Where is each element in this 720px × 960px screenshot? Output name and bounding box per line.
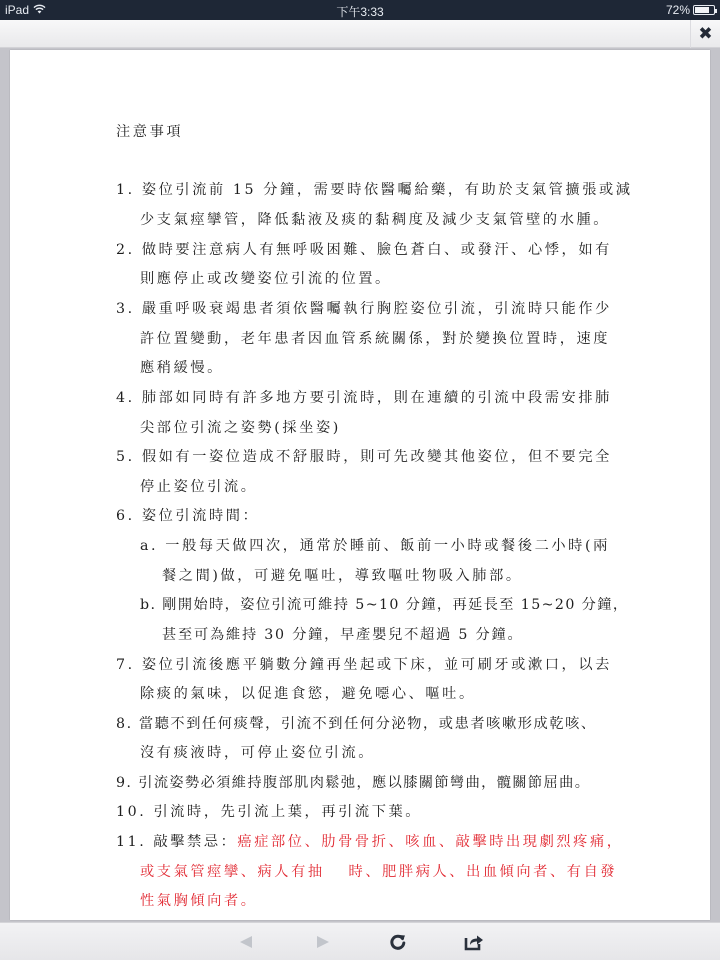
share-button[interactable]: [454, 923, 494, 960]
back-arrow-icon: [238, 934, 254, 950]
top-toolbar: ✖: [0, 20, 720, 48]
doc-line: 則應停止或改變姿位引流的位置。: [140, 269, 392, 289]
doc-line: 9. 引流姿勢必須維持腹部肌肉鬆弛，應以膝關節彎曲，髖關節屈曲。: [116, 773, 590, 793]
doc-line: 8. 當聽不到任何痰聲，引流不到任何分泌物，或患者咳嗽形成乾咳、: [116, 714, 597, 734]
item11-label: 11. 敲擊禁忌：: [116, 834, 237, 850]
reload-button[interactable]: [378, 923, 418, 960]
doc-line: 2. 做時要注意病人有無呼吸困難、臉色蒼白、或發汗、心悸，如有: [116, 240, 612, 260]
doc-line: 尖部位引流之姿勢(採坐姿): [140, 418, 341, 438]
doc-line: 7. 姿位引流後應平躺數分鐘再坐起或下床，並可刷牙或漱口，以去: [116, 655, 612, 675]
doc-line: 餐之間)做，可避免嘔吐，導致嘔吐物吸入肺部。: [162, 566, 523, 586]
forward-arrow-icon: [315, 934, 331, 950]
doc-line: 6. 姿位引流時間：: [116, 506, 259, 526]
battery-percent: 72%: [666, 3, 690, 17]
doc-line: 1. 姿位引流前 15 分鐘，需要時依醫囑給藥，有助於支氣管擴張或減: [116, 180, 633, 200]
share-icon: [464, 933, 484, 951]
doc-line-item11: 11. 敲擊禁忌：癌症部位、肋骨骨折、咳血、敲擊時出現劇烈疼痛，: [116, 832, 624, 852]
status-bar: iPad 下午3:33 72%: [0, 0, 720, 20]
close-icon: ✖: [698, 24, 712, 44]
item11-warning: 癌症部位、肋骨骨折、咳血、敲擊時出現劇烈疼痛，: [237, 834, 623, 850]
forward-button[interactable]: [303, 923, 343, 960]
document-viewer[interactable]: 注意事項 1. 姿位引流前 15 分鐘，需要時依醫囑給藥，有助於支氣管擴張或減 …: [0, 48, 720, 922]
status-time: 下午3:33: [0, 3, 720, 20]
battery-icon: [693, 5, 715, 15]
document-page: 注意事項 1. 姿位引流前 15 分鐘，需要時依醫囑給藥，有助於支氣管擴張或減 …: [10, 50, 710, 920]
doc-line: 沒有痰液時，可停止姿位引流。: [140, 743, 375, 763]
reload-icon: [389, 933, 407, 951]
doc-line: a. 一般每天做四次，通常於睡前、飯前一小時或餐後二小時(兩: [140, 536, 610, 556]
doc-line: b. 剛開始時，姿位引流可維持 5~10 分鐘，再延長至 15~20 分鐘，: [140, 595, 628, 615]
document-heading: 注意事項: [116, 122, 183, 142]
doc-line: 10. 引流時，先引流上葉，再引流下葉。: [116, 802, 422, 822]
doc-line: 停止姿位引流。: [140, 477, 258, 497]
doc-line: 許位置變動，老年患者因血管系統關係，對於變換位置時，速度: [140, 329, 610, 349]
back-button[interactable]: [226, 923, 266, 960]
doc-line-warning: 或支氣管痙攣、病人有抽 時、肥胖病人、出血傾向者、有自發: [140, 862, 617, 882]
close-button[interactable]: ✖: [690, 20, 720, 48]
doc-line: 3. 嚴重呼吸衰竭患者須依醫囑執行胸腔姿位引流，引流時只能作少: [116, 299, 612, 319]
bottom-toolbar: [0, 922, 720, 960]
doc-line: 4. 肺部如同時有許多地方要引流時，則在連續的引流中段需安排肺: [116, 388, 612, 408]
doc-line: 甚至可為維持 30 分鐘，早產嬰兒不超過 5 分鐘。: [162, 625, 523, 645]
doc-line: 除痰的氣味，以促進食慾，避免噁心、嘔吐。: [140, 684, 476, 704]
doc-line: 5. 假如有一姿位造成不舒服時，則可先改變其他姿位，但不要完全: [116, 447, 612, 467]
doc-line: 應稍緩慢。: [140, 358, 224, 378]
status-right: 72%: [666, 3, 715, 17]
doc-line-warning: 性氣胸傾向者。: [140, 891, 258, 911]
doc-line: 少支氣痙攣管，降低黏液及痰的黏稠度及減少支氣管壁的水腫。: [140, 210, 610, 230]
